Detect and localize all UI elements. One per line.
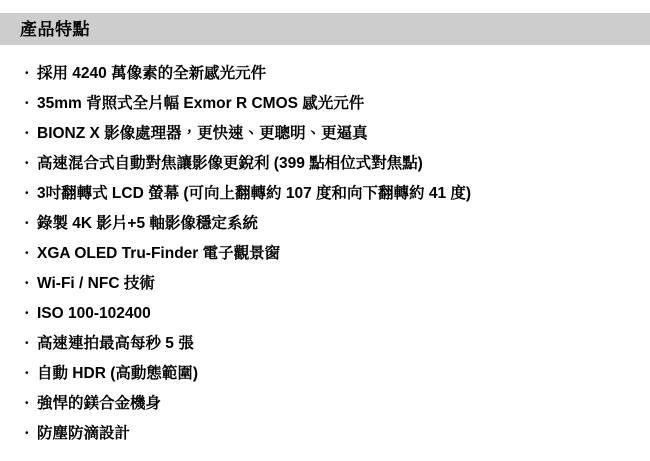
feature-text: 自動 HDR (高動態範圍) [37, 366, 198, 382]
bullet-icon: • [25, 279, 37, 289]
bullet-icon: • [25, 429, 37, 439]
feature-text: BIONZ X 影像處理器，更快速、更聰明、更逼真 [37, 126, 368, 142]
section-header-bar: 產品特點 [0, 13, 650, 45]
feature-text: 3吋翻轉式 LCD 螢幕 (可向上翻轉約 107 度和向下翻轉約 41 度) [37, 186, 471, 202]
feature-text: 35mm 背照式全片幅 Exmor R CMOS 感光元件 [37, 96, 364, 112]
feature-item: • 防塵防滴設計 [0, 419, 650, 449]
bullet-icon: • [25, 69, 37, 79]
bullet-icon: • [25, 99, 37, 109]
feature-text: Wi-Fi / NFC 技術 [37, 276, 155, 292]
feature-item: • 自動 HDR (高動態範圍) [0, 359, 650, 389]
bullet-icon: • [25, 189, 37, 199]
feature-item: • 強悍的鎂合金機身 [0, 389, 650, 419]
bullet-icon: • [25, 309, 37, 319]
feature-item: • BIONZ X 影像處理器，更快速、更聰明、更逼真 [0, 119, 650, 149]
bullet-icon: • [25, 369, 37, 379]
feature-text: 強悍的鎂合金機身 [37, 396, 161, 412]
feature-item: • 3吋翻轉式 LCD 螢幕 (可向上翻轉約 107 度和向下翻轉約 41 度) [0, 179, 650, 209]
feature-text: XGA OLED Tru-Finder 電子觀景窗 [37, 246, 280, 262]
feature-item: • 高速連拍最高每秒 5 張 [0, 329, 650, 359]
section-title: 產品特點 [20, 21, 90, 38]
bullet-icon: • [25, 159, 37, 169]
feature-item: • 錄製 4K 影片+5 軸影像穩定系統 [0, 209, 650, 239]
feature-text: 採用 4240 萬像素的全新感光元件 [37, 66, 266, 82]
feature-item: • 採用 4240 萬像素的全新感光元件 [0, 59, 650, 89]
feature-item: • XGA OLED Tru-Finder 電子觀景窗 [0, 239, 650, 269]
feature-text: 高速混合式自動對焦讓影像更銳利 (399 點相位式對焦點) [37, 156, 423, 172]
feature-text: 防塵防滴設計 [37, 426, 130, 442]
bullet-icon: • [25, 129, 37, 139]
feature-item: • 35mm 背照式全片幅 Exmor R CMOS 感光元件 [0, 89, 650, 119]
bullet-icon: • [25, 249, 37, 259]
bullet-icon: • [25, 399, 37, 409]
feature-item: • 高速混合式自動對焦讓影像更銳利 (399 點相位式對焦點) [0, 149, 650, 179]
bullet-icon: • [25, 339, 37, 349]
feature-text: 錄製 4K 影片+5 軸影像穩定系統 [37, 216, 258, 232]
feature-text: ISO 100-102400 [37, 306, 151, 322]
feature-text: 高速連拍最高每秒 5 張 [37, 336, 194, 352]
feature-item: • Wi-Fi / NFC 技術 [0, 269, 650, 299]
feature-item: • ISO 100-102400 [0, 299, 650, 329]
feature-list: • 採用 4240 萬像素的全新感光元件 • 35mm 背照式全片幅 Exmor… [0, 59, 650, 449]
bullet-icon: • [25, 219, 37, 229]
